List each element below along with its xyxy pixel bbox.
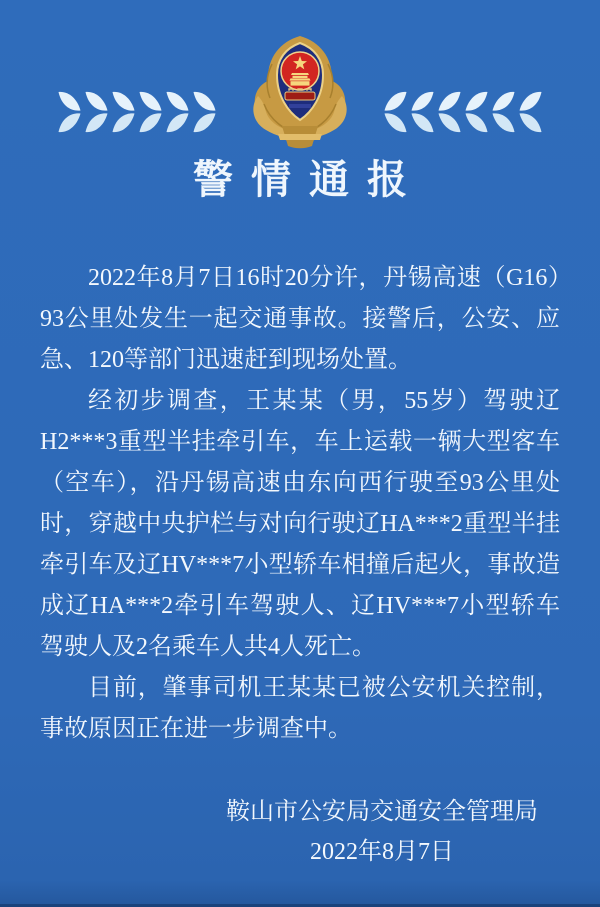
- chevron-left-icon: [382, 90, 409, 134]
- police-notice-poster: 警情通报 2022年8月7日16时20分许，丹锡高速（G16）93公里处发生一起…: [0, 0, 600, 907]
- chevron-right-icon: [164, 90, 191, 134]
- left-chevron-row: [56, 90, 218, 134]
- notice-header: 警情通报: [0, 0, 600, 212]
- signature-inner: 鞍山市公安局交通安全管理局 2022年8月7日: [226, 792, 538, 872]
- chevron-right-icon: [110, 90, 137, 134]
- chevron-right-icon: [83, 90, 110, 134]
- chevron-left-icon: [490, 90, 517, 134]
- right-chevron-row: [382, 90, 544, 134]
- notice-title: 警情通报: [0, 156, 600, 204]
- chevron-left-icon: [517, 90, 544, 134]
- notice-paragraph-2: 经初步调查，王某某（男，55岁）驾驶辽H2***3重型半挂牵引车，车上运载一辆大…: [40, 381, 560, 668]
- chevron-right-icon: [191, 90, 218, 134]
- chevron-left-icon: [463, 90, 490, 134]
- chevron-right-icon: [56, 90, 83, 134]
- chevron-right-icon: [137, 90, 164, 134]
- notice-date: 2022年8月7日: [226, 832, 538, 872]
- signature-block: 鞍山市公安局交通安全管理局 2022年8月7日: [0, 792, 600, 872]
- notice-paragraph-3: 目前，肇事司机王某某已被公安机关控制，事故原因正在进一步调查中。: [40, 668, 560, 750]
- chevron-left-icon: [409, 90, 436, 134]
- police-badge-icon: [247, 34, 353, 152]
- notice-paragraph-1: 2022年8月7日16时20分许，丹锡高速（G16）93公里处发生一起交通事故。…: [40, 258, 560, 381]
- issuing-authority: 鞍山市公安局交通安全管理局: [226, 792, 538, 832]
- notice-body: 2022年8月7日16时20分许，丹锡高速（G16）93公里处发生一起交通事故。…: [40, 258, 560, 750]
- chevron-left-icon: [436, 90, 463, 134]
